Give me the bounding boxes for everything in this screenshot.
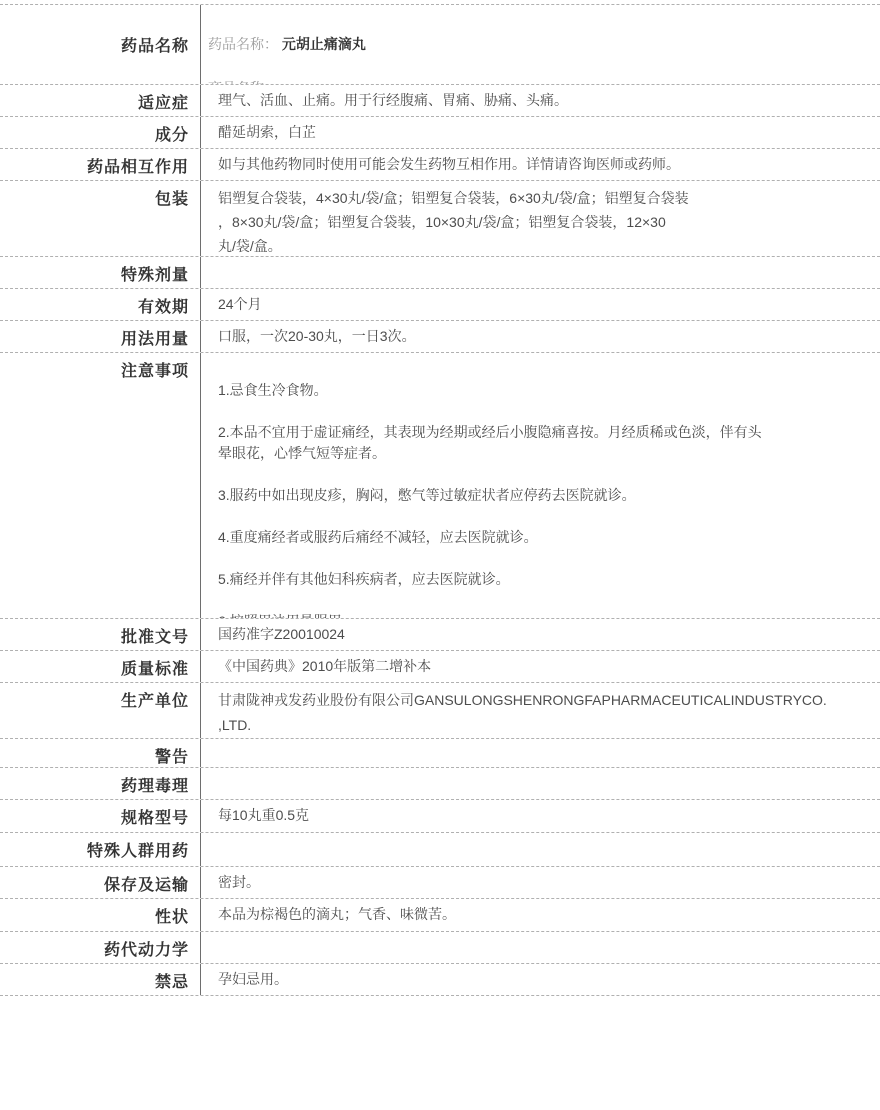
generic-name-line: 药品名称： 元胡止痛滴丸 <box>208 33 870 55</box>
precaution-item: 4.重度痛经者或服药后痛经不减轻，应去医院就诊。 <box>218 527 870 548</box>
generic-name-label: 药品名称： <box>208 36 278 52</box>
row-indications: 适应症 理气、活血、止痛。用于行经腹痛、胃痛、胁痛、头痛。 <box>0 85 880 117</box>
value-dosage-usage: 口服，一次20-30丸，一日3次。 <box>201 321 880 352</box>
label-manufacturer: 生产单位 <box>0 683 201 738</box>
value-pharmacokinetics <box>201 932 880 963</box>
row-quality-standard: 质量标准 《中国药典》2010年版第二增补本 <box>0 651 880 683</box>
value-packaging: 铝塑复合袋装，4×30丸/袋/盒；铝塑复合袋装，6×30丸/袋/盒；铝塑复合袋装… <box>201 181 880 256</box>
row-specification: 规格型号 每10丸重0.5克 <box>0 800 880 833</box>
row-characteristics: 性状 本品为棕褐色的滴丸；气香、味微苦。 <box>0 899 880 932</box>
label-drug-interactions: 药品相互作用 <box>0 149 201 180</box>
value-special-dosage <box>201 257 880 288</box>
row-special-dosage: 特殊剂量 <box>0 257 880 289</box>
value-contraindications: 孕妇忌用。 <box>201 964 880 995</box>
row-pharmacokinetics: 药代动力学 <box>0 932 880 964</box>
row-contraindications: 禁忌 孕妇忌用。 <box>0 964 880 996</box>
value-approval-number: 国药准字Z20010024 <box>201 619 880 650</box>
row-packaging: 包装 铝塑复合袋装，4×30丸/袋/盒；铝塑复合袋装，6×30丸/袋/盒；铝塑复… <box>0 181 880 257</box>
label-drug-name: 药品名称 <box>0 5 201 84</box>
precaution-item: 1.忌食生冷食物。 <box>218 380 870 401</box>
label-ingredients: 成分 <box>0 117 201 148</box>
value-drug-name: 药品名称： 元胡止痛滴丸 商品名称： 英文名或拉丁名： <box>201 5 880 84</box>
row-special-populations: 特殊人群用药 <box>0 833 880 867</box>
label-special-dosage: 特殊剂量 <box>0 257 201 288</box>
precaution-item: 5.痛经并伴有其他妇科疾病者，应去医院就诊。 <box>218 569 870 590</box>
label-pharmacokinetics: 药代动力学 <box>0 932 201 963</box>
label-specification: 规格型号 <box>0 800 201 832</box>
label-precautions: 注意事项 <box>0 353 201 618</box>
generic-name-value: 元胡止痛滴丸 <box>282 36 366 52</box>
label-approval-number: 批准文号 <box>0 619 201 650</box>
label-indications: 适应症 <box>0 85 201 116</box>
value-shelf-life: 24个月 <box>201 289 880 320</box>
label-special-populations: 特殊人群用药 <box>0 833 201 866</box>
value-specification: 每10丸重0.5克 <box>201 800 880 832</box>
label-warnings: 警告 <box>0 739 201 767</box>
value-warnings <box>201 739 880 767</box>
row-approval-number: 批准文号 国药准字Z20010024 <box>0 619 880 651</box>
label-packaging: 包装 <box>0 181 201 256</box>
label-characteristics: 性状 <box>0 899 201 931</box>
value-characteristics: 本品为棕褐色的滴丸；气香、味微苦。 <box>201 899 880 931</box>
label-quality-standard: 质量标准 <box>0 651 201 682</box>
row-manufacturer: 生产单位 甘肃陇神戎发药业股份有限公司GANSULONGSHENRONGFAPH… <box>0 683 880 739</box>
value-drug-interactions: 如与其他药物同时使用可能会发生药物互相作用。详情请咨询医师或药师。 <box>201 149 880 180</box>
value-storage-transport: 密封。 <box>201 867 880 898</box>
row-drug-interactions: 药品相互作用 如与其他药物同时使用可能会发生药物互相作用。详情请咨询医师或药师。 <box>0 149 880 181</box>
value-ingredients: 醋延胡索，白芷 <box>201 117 880 148</box>
drug-info-table: 药品名称 药品名称： 元胡止痛滴丸 商品名称： 英文名或拉丁名： 适应症 理气、… <box>0 4 880 996</box>
value-precautions: 1.忌食生冷食物。 2.本品不宜用于虚证痛经，其表现为经期或经后小腹隐痛喜按。月… <box>201 353 880 618</box>
row-pharmacology-toxicology: 药理毒理 <box>0 768 880 800</box>
trade-name-label: 商品名称： <box>208 77 870 85</box>
row-shelf-life: 有效期 24个月 <box>0 289 880 321</box>
value-manufacturer: 甘肃陇神戎发药业股份有限公司GANSULONGSHENRONGFAPHARMAC… <box>201 683 880 738</box>
row-drug-name: 药品名称 药品名称： 元胡止痛滴丸 商品名称： 英文名或拉丁名： <box>0 5 880 85</box>
label-storage-transport: 保存及运输 <box>0 867 201 898</box>
row-precautions: 注意事项 1.忌食生冷食物。 2.本品不宜用于虚证痛经，其表现为经期或经后小腹隐… <box>0 353 880 619</box>
precaution-item: 3.服药中如出现皮疹，胸闷，憋气等过敏症状者应停药去医院就诊。 <box>218 485 870 506</box>
label-pharmacology-toxicology: 药理毒理 <box>0 768 201 799</box>
value-quality-standard: 《中国药典》2010年版第二增补本 <box>201 651 880 682</box>
label-shelf-life: 有效期 <box>0 289 201 320</box>
row-warnings: 警告 <box>0 739 880 768</box>
row-dosage-usage: 用法用量 口服，一次20-30丸，一日3次。 <box>0 321 880 353</box>
value-pharmacology-toxicology <box>201 768 880 799</box>
row-storage-transport: 保存及运输 密封。 <box>0 867 880 899</box>
label-contraindications: 禁忌 <box>0 964 201 995</box>
precaution-item: 6.按照用法用量服用。 <box>218 611 870 619</box>
row-ingredients: 成分 醋延胡索，白芷 <box>0 117 880 149</box>
value-special-populations <box>201 833 880 866</box>
label-dosage-usage: 用法用量 <box>0 321 201 352</box>
precaution-item: 2.本品不宜用于虚证痛经，其表现为经期或经后小腹隐痛喜按。月经质稀或色淡，伴有头… <box>218 422 870 464</box>
value-indications: 理气、活血、止痛。用于行经腹痛、胃痛、胁痛、头痛。 <box>201 85 880 116</box>
